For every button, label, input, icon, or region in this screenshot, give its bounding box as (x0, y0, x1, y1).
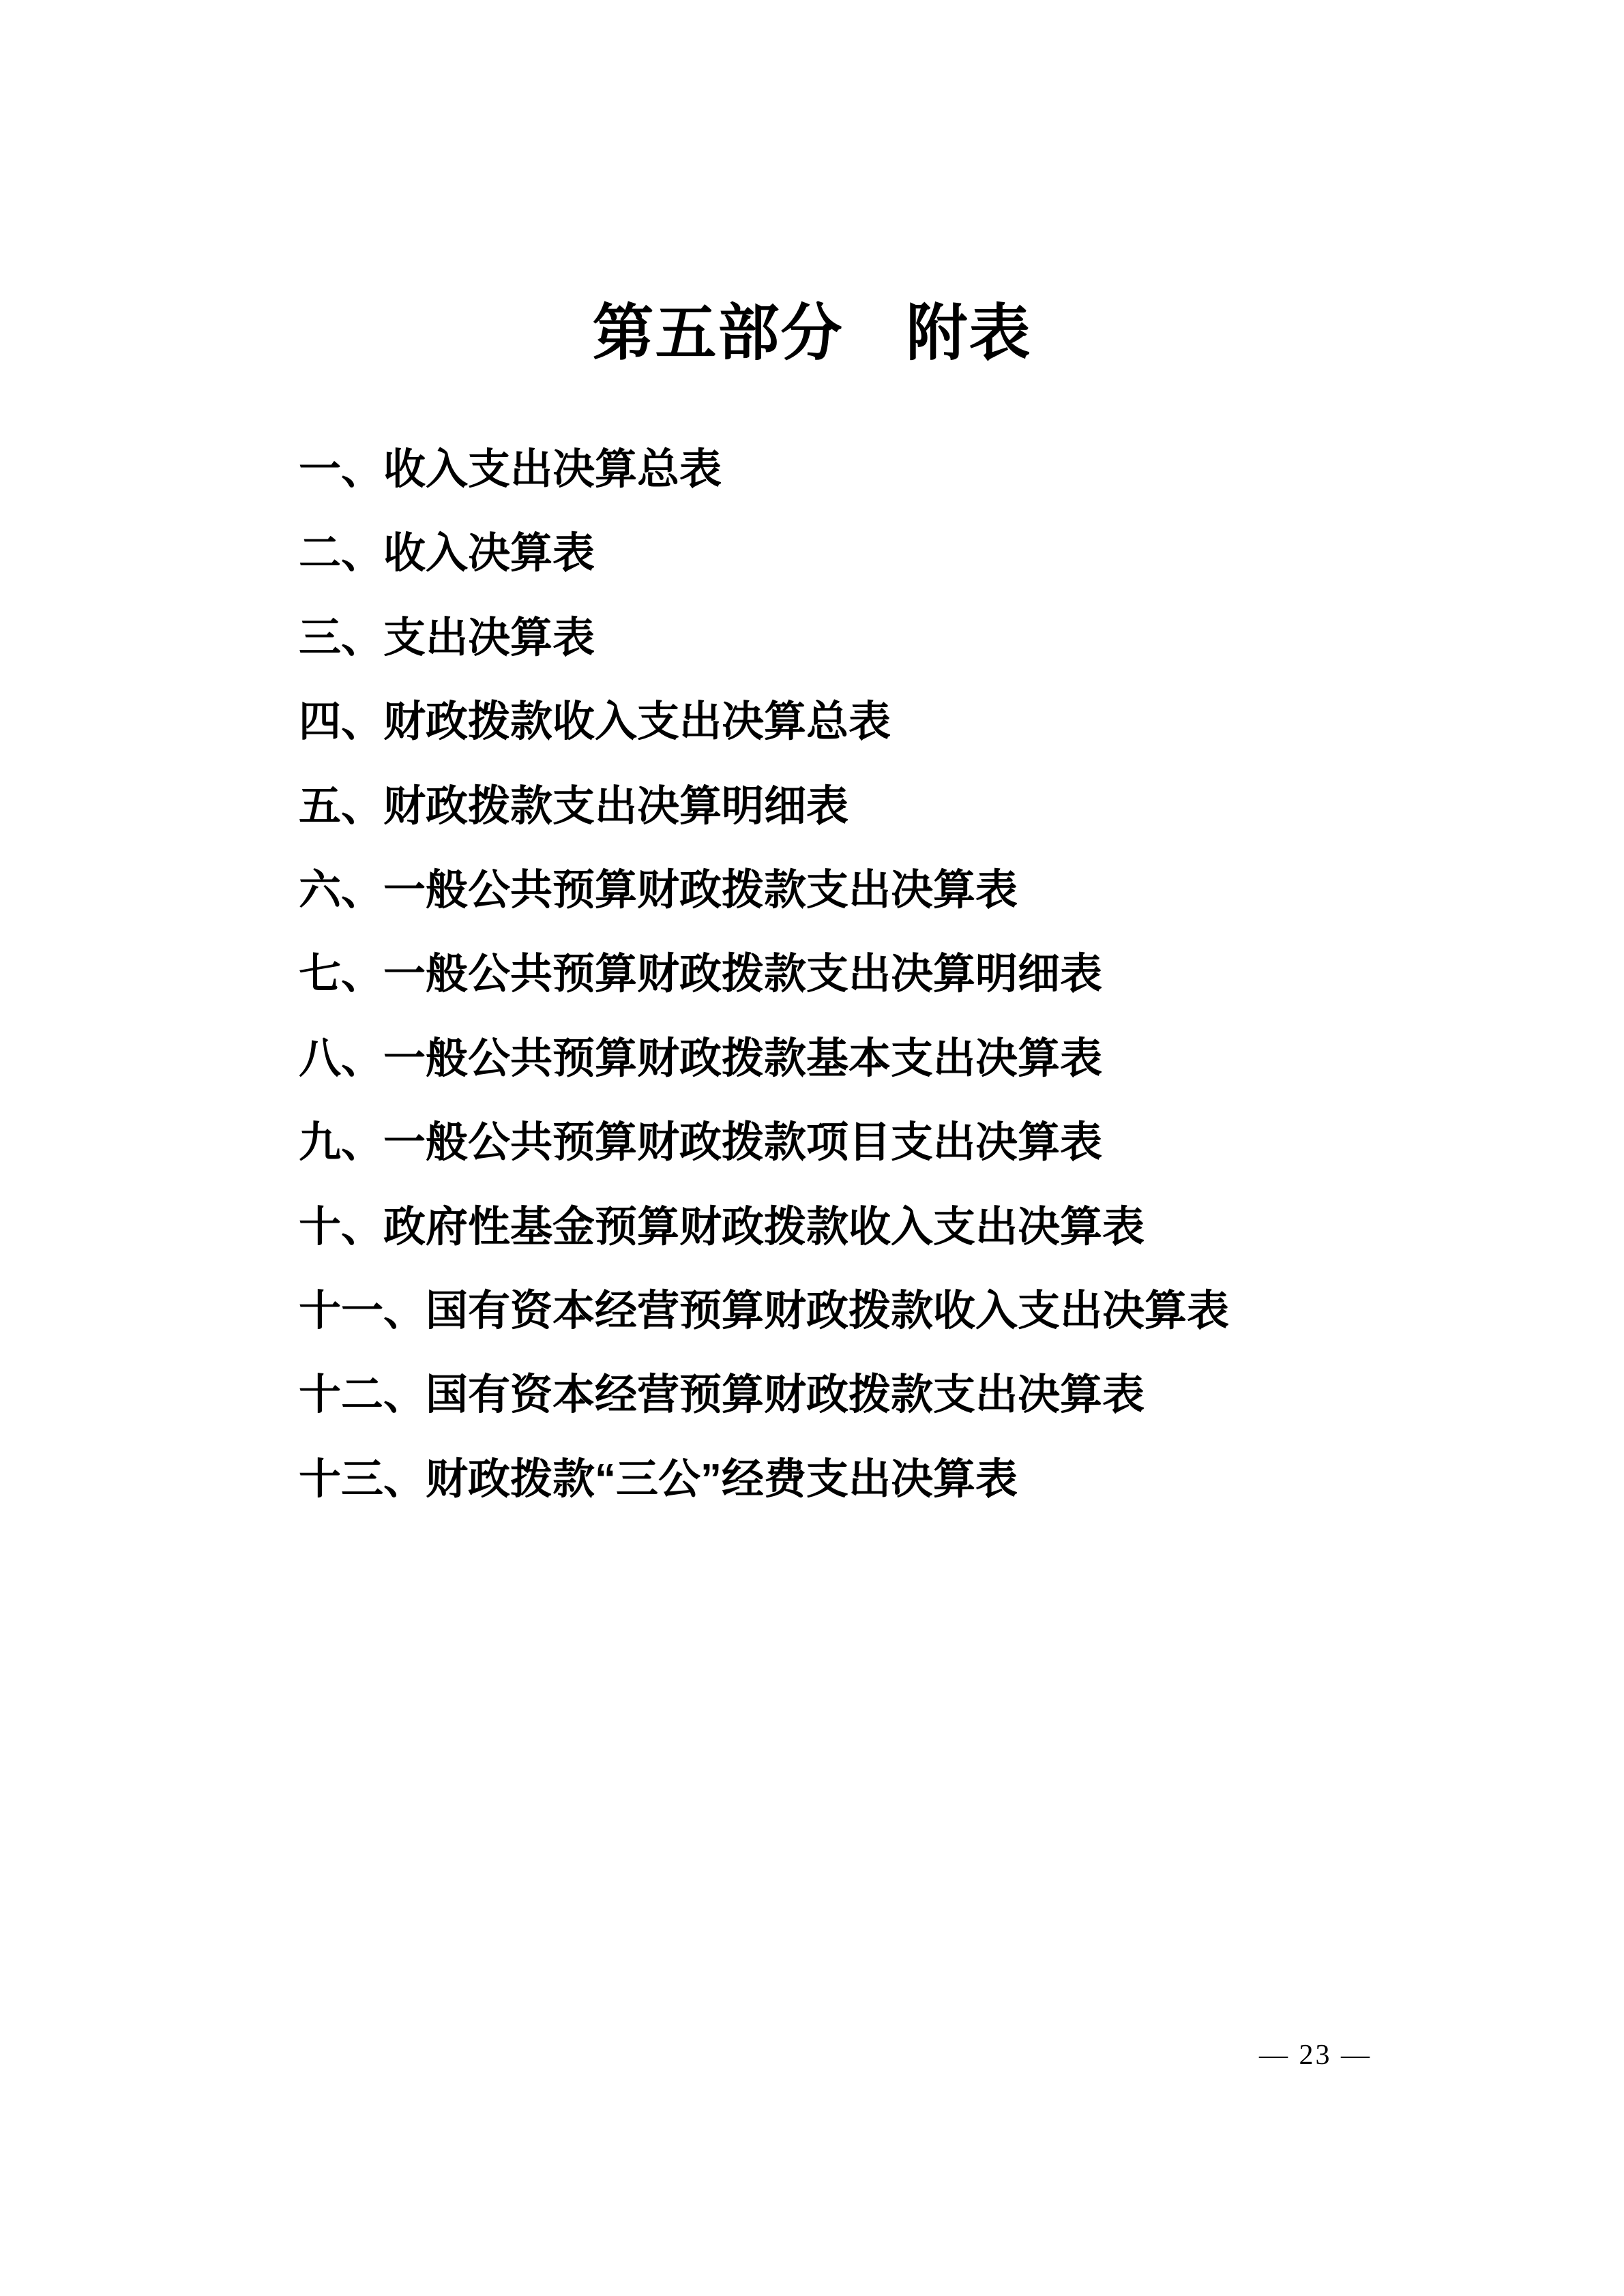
page-title: 第五部分 附表 (0, 299, 1624, 370)
toc-item-4: 四、财政拨款收入支出决算总表 (299, 680, 1229, 764)
toc-item-6: 六、一般公共预算财政拨款支出决算表 (299, 848, 1229, 932)
toc-item-11: 十一、国有资本经营预算财政拨款收入支出决算表 (299, 1269, 1229, 1353)
toc-item-8: 八、一般公共预算财政拨款基本支出决算表 (299, 1017, 1229, 1101)
toc-item-7: 七、一般公共预算财政拨款支出决算明细表 (299, 932, 1229, 1016)
appendix-table-list: 一、收入支出决算总表 二、收入决算表 三、支出决算表 四、财政拨款收入支出决算总… (299, 428, 1229, 1521)
toc-item-13: 十三、财政拨款“三公”经费支出决算表 (299, 1437, 1229, 1521)
toc-item-2: 二、收入决算表 (299, 511, 1229, 595)
toc-item-9: 九、一般公共预算财政拨款项目支出决算表 (299, 1101, 1229, 1184)
toc-item-3: 三、支出决算表 (299, 596, 1229, 680)
toc-item-1: 一、收入支出决算总表 (299, 428, 1229, 511)
toc-item-5: 五、财政拨款支出决算明细表 (299, 764, 1229, 848)
document-page: 第五部分 附表 一、收入支出决算总表 二、收入决算表 三、支出决算表 四、财政拨… (0, 0, 1624, 2296)
toc-item-10: 十、政府性基金预算财政拨款收入支出决算表 (299, 1185, 1229, 1269)
toc-item-12: 十二、国有资本经营预算财政拨款支出决算表 (299, 1353, 1229, 1437)
page-number: — 23 — (1259, 2041, 1372, 2070)
